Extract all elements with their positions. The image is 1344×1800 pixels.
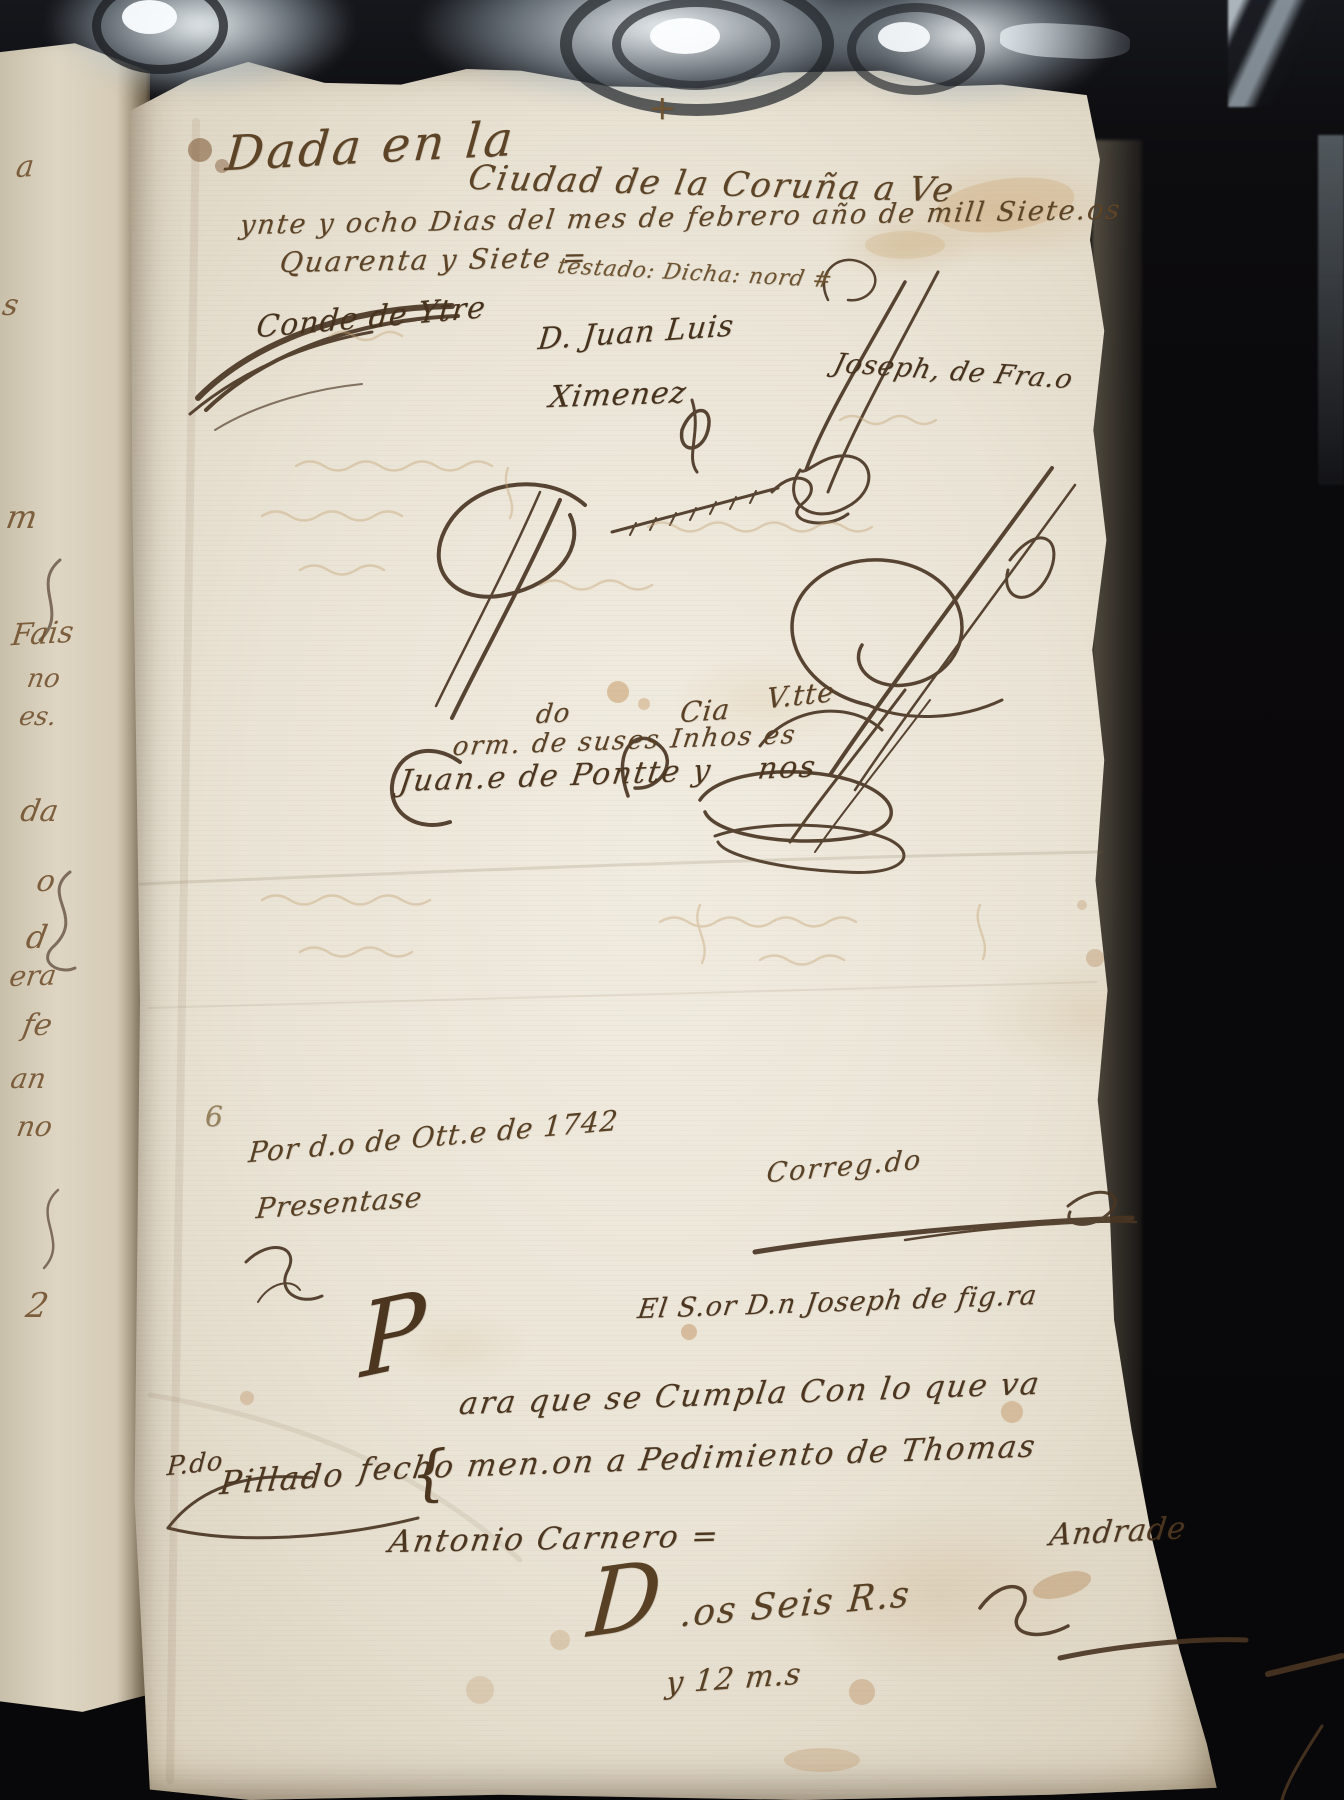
- pillado-initials: P.do: [166, 1446, 225, 1482]
- left-page-fragment: no: [25, 664, 63, 694]
- corner-flourish: [1282, 1726, 1322, 1800]
- notarial-cross: +: [648, 88, 678, 128]
- middle-word-a: do: [534, 698, 572, 730]
- previous-page-edge: [0, 38, 150, 1800]
- left-page-fragment: an: [8, 1062, 49, 1095]
- left-page-fragment: da: [18, 794, 61, 829]
- left-page-fragment: era: [7, 958, 58, 993]
- glass-core-left: [122, 0, 177, 34]
- glass-core-center: [650, 18, 720, 54]
- left-page-fragment: Fais: [10, 615, 76, 654]
- case-edge-sliver: [1318, 135, 1344, 485]
- left-page-fragment: es.: [17, 702, 59, 732]
- andrade-signature: Andrade: [1048, 1511, 1189, 1553]
- fees-initial: D: [584, 1540, 666, 1660]
- left-page-fragment: no: [14, 1110, 55, 1143]
- glass-corner-streak: [1228, 0, 1344, 107]
- margin-number: 6: [205, 1100, 224, 1133]
- order-line4: Antonio Carnero =: [386, 1518, 722, 1560]
- fees-underline: [1268, 1656, 1342, 1674]
- glass-core-right: [878, 22, 930, 52]
- photo-stage: a s m Fais no es. da o d era fe an no 2: [0, 0, 1344, 1800]
- order-initial: P: [360, 1268, 427, 1402]
- left-page-fragment: fe: [20, 1008, 55, 1043]
- heading-line3: Quarenta y Siete =: [278, 241, 590, 279]
- pillado-brace: {: [408, 1437, 452, 1510]
- signature-juan-luis-line2: Ximenez: [547, 375, 689, 415]
